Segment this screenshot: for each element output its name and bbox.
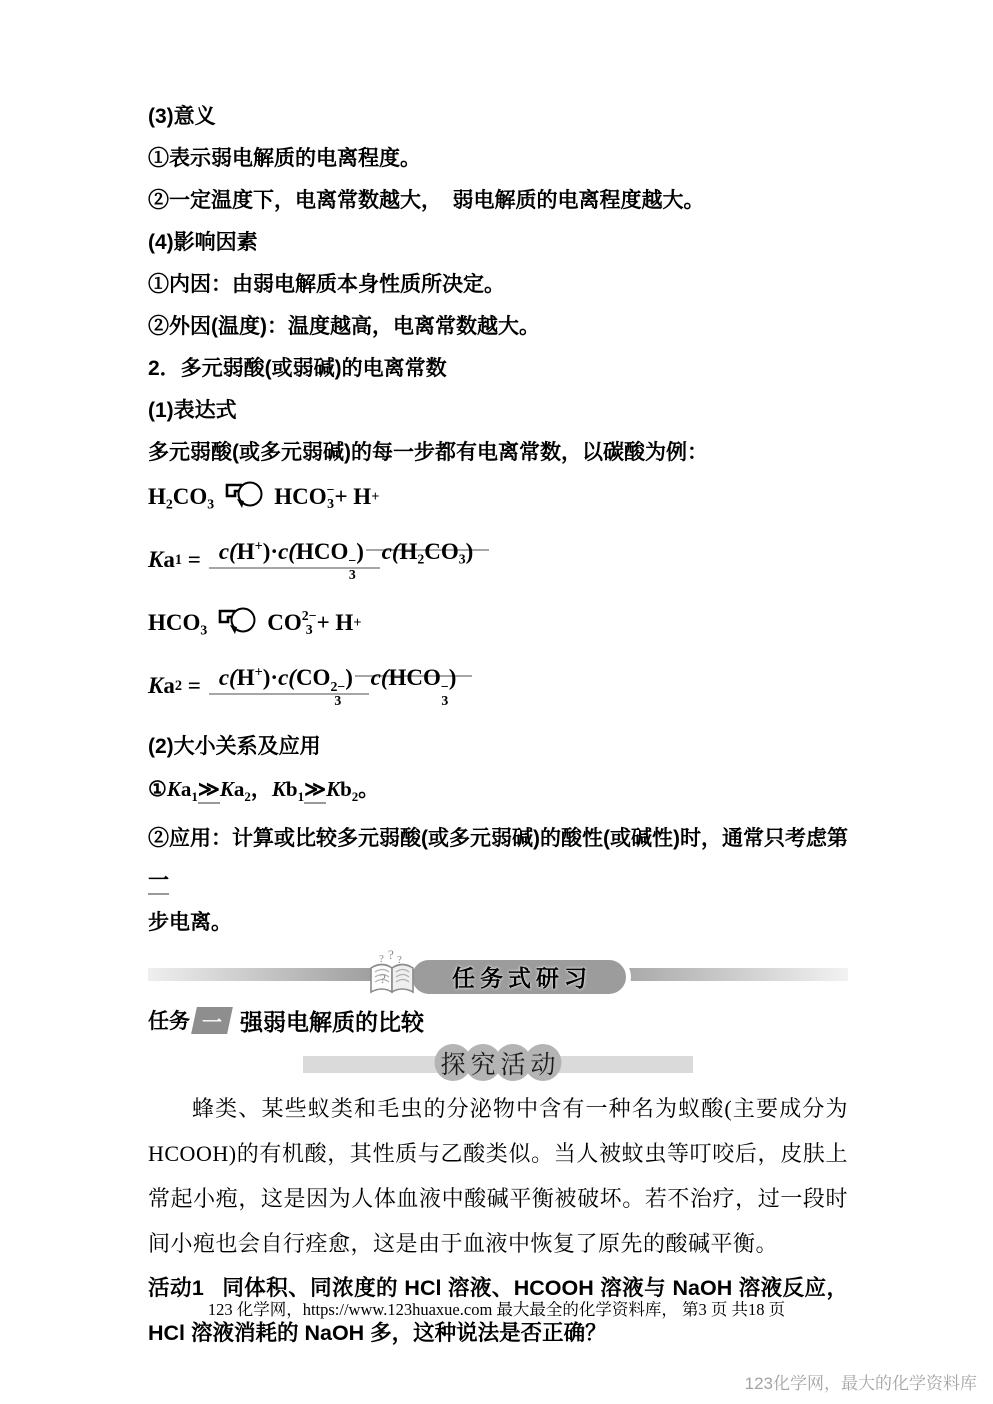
heading-factors: (4)影响因素 <box>148 222 848 264</box>
h-plus-sup: + <box>371 489 379 506</box>
ka2-index: 2 <box>175 678 182 695</box>
line-expression-intro: 多元弱酸(或多元弱碱)的每一步都有电离常数，以碳酸为例： <box>148 432 848 474</box>
explore-activity-banner: 探 究 活 动 <box>148 1042 848 1084</box>
ka1-numerator: c(H+)·c(HCO−3) <box>209 539 380 569</box>
line-application: ②应用：计算或比较多元弱酸(或多元弱碱)的酸性(或碱性)时，通常只考虑第一 步电… <box>148 818 848 944</box>
equals-sign: = <box>188 547 201 573</box>
formula-lhs: HCO₃ <box>148 610 207 636</box>
banner-circle: 动 <box>525 1044 562 1081</box>
equilibrium-glyph-icon <box>224 479 264 515</box>
document-page: (3)意义 ①表示弱电解质的电离程度。 ②一定温度下，电离常数越大， 弱电解质的… <box>0 0 993 1404</box>
site-watermark: 123化学网，最大的化学资料库 <box>745 1369 977 1394</box>
banner-title-pill: 任务式研习 <box>407 955 631 999</box>
equation-hco3: HCO₃ CO 2− 3 + H + <box>148 600 848 646</box>
svg-text:?: ? <box>388 950 394 962</box>
task-title: 强弱电解质的比较 <box>240 1004 424 1037</box>
task-number-badge: 一 <box>191 1007 233 1034</box>
line-factor-internal: ①内因：由弱电解质本身性质所决定。 <box>148 264 848 306</box>
formula-lhs: H₂CO₃ <box>148 484 214 510</box>
line-factor-external: ②外因(温度)：温度越高，电离常数越大。 <box>148 306 848 348</box>
heading-expression: (1)表达式 <box>148 390 848 432</box>
ka2-numerator: c(H+)·c(CO2−3) <box>209 665 369 695</box>
blank-answer: ≫ <box>304 777 326 804</box>
line-meaning-1: ①表示弱电解质的电离程度。 <box>148 138 848 180</box>
task-study-banner: ? ? ? ? 任务式研习 <box>148 948 848 998</box>
equation-h2co3: H₂CO₃ HCO − 3 + H + <box>148 474 848 520</box>
line-meaning-2: ②一定温度下，电离常数越大， 弱电解质的电离程度越大。 <box>148 180 848 222</box>
heading-meaning: (3)意义 <box>148 96 848 138</box>
task-label: 任务 <box>148 1005 190 1035</box>
task-heading-row: 任务 一 强弱电解质的比较 <box>148 998 848 1042</box>
ka2-symbol: Ka <box>148 673 175 699</box>
equals-sign: = <box>188 673 201 699</box>
blank-answer: 一 <box>148 869 169 895</box>
formula-rhs-base: CO <box>267 610 302 636</box>
equilibrium-glyph-icon <box>217 605 257 641</box>
story-paragraph: 蜂类、某些蚁类和毛虫的分泌物中含有一种名为蚁酸(主要成分为 HCOOH)的有机酸… <box>148 1086 848 1266</box>
ka1-index: 1 <box>175 552 182 569</box>
banner-circles: 探 究 活 动 <box>435 1044 562 1081</box>
blank-answer: ≫ <box>198 777 220 804</box>
ka1-expression: Ka1 = c(H+)·c(HCO−3) c(H₂CO₃) <box>148 520 848 600</box>
svg-text:?: ? <box>380 971 386 986</box>
page-footer: 123 化学网，https://www.123huaxue.com 最大最全的化… <box>0 1296 993 1320</box>
banner-title: 任务式研习 <box>452 960 592 993</box>
open-book-icon: ? ? ? ? <box>365 950 421 1003</box>
ka2-expression: Ka2 = c(H+)·c(CO2−3) c(HCO−3) <box>148 646 848 726</box>
ka1-symbol: Ka <box>148 547 175 573</box>
line-ka-relation: ①Ka1≫Ka2，Kb1≫Kb2。 <box>148 768 848 818</box>
ka1-fraction: c(H+)·c(HCO−3) c(H₂CO₃) <box>209 538 476 582</box>
stacked-charge: 2− 3 <box>302 609 317 637</box>
page-content: (3)意义 ①表示弱电解质的电离程度。 ②一定温度下，电离常数越大， 弱电解质的… <box>148 96 848 1356</box>
h-plus-sup: + <box>353 615 361 632</box>
heading-relation: (2)大小关系及应用 <box>148 726 848 768</box>
formula-rhs-base: HCO <box>274 484 326 510</box>
svg-text:?: ? <box>379 953 384 965</box>
formula-tail: + H <box>317 610 354 636</box>
ka2-denominator: c(HCO−3) <box>369 665 459 690</box>
ka2-fraction: c(H+)·c(CO2−3) c(HCO−3) <box>209 664 459 708</box>
formula-tail: + H <box>334 484 371 510</box>
heading-polyprotic: 2．多元弱酸(或弱碱)的电离常数 <box>148 348 848 390</box>
ka1-denominator: c(H₂CO₃) <box>380 539 476 564</box>
stacked-charge: − 3 <box>327 483 335 511</box>
